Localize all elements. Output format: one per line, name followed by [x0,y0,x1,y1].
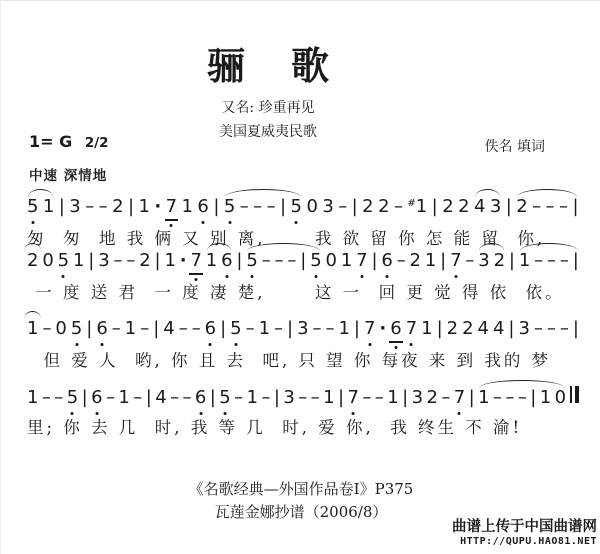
note-digit: 1 [27,319,38,340]
barline: | [432,197,438,218]
barline: | [274,388,280,409]
note-digit: 7 [450,251,461,272]
barline: | [146,388,152,409]
note-digit: 3 [478,251,489,272]
lyrics-row-2: 一 度 送 君 一 度 凄 楚, 这 一 回 更 觉 得 依 依。 [27,279,579,303]
rest-note: 0 [55,319,66,340]
note-digit: 6 [381,251,392,272]
note-digit: 1 [73,251,84,272]
duration-dash: – [547,319,556,340]
duration-dash: – [532,197,541,218]
note-digit: 5 [67,388,78,409]
slur-arc [28,189,53,197]
note-digit: 6 [205,319,216,340]
barline: | [236,251,242,272]
note-digit: 1 [338,319,349,340]
barline: | [287,319,293,340]
duration-dash: – [275,251,284,272]
duration-dash: – [253,197,262,218]
alternate-title: 又名: 珍重再见 [1,97,535,117]
note-digit: 1 [118,388,129,409]
note-digit: 7 [454,388,465,409]
duration-dash: – [106,388,115,409]
note-digit: 3 [412,388,423,409]
duration-dash: – [298,388,307,409]
note-digit: 6 [197,197,208,218]
barline: | [506,197,512,218]
note-digit: 1 [387,388,398,409]
augmentation-dot: · [379,319,386,340]
augmentation-dot: · [180,251,187,272]
note-digit: 1 [164,251,175,272]
note-digit: 7 [356,251,367,272]
lyrics-row-3: 但 爱 人 哟, 你 且 去 吧, 只 望 你 每夜 来 到 我的 梦 [27,347,579,371]
song-title-char-1: 骊 [207,45,245,87]
note-digit: 5 [219,388,230,409]
note-digit: 6 [221,251,232,272]
note-digit: 1 [43,197,54,218]
time-signature: 2/2 [85,135,109,151]
note-digit: 2 [447,319,458,340]
duration-dash: – [170,388,179,409]
score-line-1: 51|3––2|1·716|5–––|503–|22–#1|2243|2–––|… [27,187,579,249]
barline: | [508,319,514,340]
note-digit: 3 [98,251,109,272]
duration-dash: – [560,251,569,272]
rest-note: 0 [42,251,53,272]
note-digit: 7 [364,319,375,340]
tempo-marking: 中速 深情地 [29,164,107,184]
note-digit: 2 [462,319,473,340]
barline: | [572,197,578,218]
duration-dash: – [261,388,270,409]
duration-dash: – [362,388,371,409]
note-digit: 7 [347,388,358,409]
duration-dash: – [397,251,406,272]
note-digit: 1 [341,251,352,272]
note-digit: 5 [27,197,38,218]
duration-dash: – [54,388,63,409]
note-digit: 1 [206,251,217,272]
watermark-site-name: 曲谱上传于中国曲谱网 [452,519,597,536]
note-digit: 7 [406,319,417,340]
barline: | [220,319,226,340]
note-digit: 2 [139,251,150,272]
note-digit: 1 [182,197,193,218]
barline: | [573,319,579,340]
sheet-music-page: 骊 歌 又名: 珍重再见 美国夏威夷民歌 1= G 2/2 佚名 填词 中速 深… [0,0,600,554]
barline: | [280,197,286,218]
duration-dash: – [547,251,556,272]
duration-dash: – [42,388,51,409]
note-digit: 1 [247,388,258,409]
slur-arc [517,189,577,197]
key-time-row: 1= G 2/2 [29,132,109,151]
duration-dash: – [234,388,243,409]
note-digit: 6 [96,319,107,340]
duration-dash: – [375,388,384,409]
barline: | [128,197,134,218]
duration-dash: – [240,197,249,218]
note-digit: 3 [518,319,529,340]
note-digit: 1 [27,388,38,409]
duration-dash: – [326,319,335,340]
slur-arc [24,311,41,319]
key-signature: 1= G [29,132,72,151]
duration-dash: – [85,197,94,218]
song-title-char-2: 歌 [291,45,329,87]
notes-row-2: 2051|3––2|1·716|5–––|5017|6–21|7–32|1–––… [27,241,579,275]
slur-arc [479,380,565,388]
rest-note: 0 [555,388,566,409]
rest-note: 0 [306,197,317,218]
duration-dash: – [394,197,403,218]
barline: | [59,197,65,218]
note-digit: 1 [138,197,149,218]
note-digit: 1 [125,319,136,340]
slur-arc [475,189,500,197]
note-digit: 2 [410,251,421,272]
note-digit: 4 [155,388,166,409]
note-digit: 2 [112,197,123,218]
barline: | [440,251,446,272]
note-digit: 3 [322,197,333,218]
note-digit: 7 [190,251,201,272]
note-digit: 4 [163,319,174,340]
source-reference: 《名歌经典—外国作品卷Ⅰ》P375 [1,478,600,499]
barline: | [338,388,344,409]
notes-row-3: 1–05|6–1–|4––6|5–1–|3––1|7·671|2244|3–––… [27,309,579,343]
barline: | [469,388,475,409]
barline: | [213,197,219,218]
duration-dash: – [534,251,543,272]
note-digit: 2 [494,251,505,272]
slur-arc [479,243,504,251]
note-digit: 5 [58,251,69,272]
note-digit: 4 [474,197,485,218]
barline: | [354,319,360,340]
song-title: 骊 歌 [1,45,535,87]
duration-dash: – [246,319,255,340]
note-digit: 1 [478,388,489,409]
slur-arc [24,243,41,251]
duration-dash: – [287,251,296,272]
duration-dash: – [133,388,142,409]
duration-dash: – [559,197,568,218]
note-digit: 6 [390,319,401,340]
note-digit: 7 [166,197,177,218]
note-digit: 2 [458,197,469,218]
note-digit: 6 [195,388,206,409]
notes-row-4: 1––5|6–1–|4––6|5–1–|3––1|7––1|32–7|1–––|… [27,376,579,410]
score-line-2: 2051|3––2|1·716|5–––|5017|6–21|7–32|1–––… [27,241,579,303]
note-digit: 2 [426,388,437,409]
duration-dash: – [560,319,569,340]
barline: | [153,319,159,340]
slur-arc [247,243,320,251]
score-line-3: 1–05|6–1–|4––6|5–1–|3––1|7·671|2244|3–––… [27,309,579,371]
slur-arc [225,189,301,197]
barline: | [352,197,358,218]
duration-dash: – [126,251,135,272]
note-digit: 2 [378,197,389,218]
duration-dash: – [274,319,283,340]
duration-dash: – [546,197,555,218]
note-digit: 3 [297,319,308,340]
duration-dash: – [338,197,347,218]
slur-arc [207,243,231,251]
barline: | [300,251,306,272]
note-digit: 2 [442,197,453,218]
duration-dash: – [441,388,450,409]
note-digit: 1 [425,251,436,272]
duration-dash: – [505,388,514,409]
watermark: 曲谱上传于中国曲谱网 HTTP://QUPU.HAO81.NET [452,519,597,548]
note-digit: 5 [71,319,82,340]
final-barline [570,386,579,403]
duration-dash: – [192,319,201,340]
lyrics-row-4: 里; 你 去 几 时, 我 等 几 时, 爱 你, 我 终生 不 渝! [27,414,579,438]
watermark-site-url: HTTP://QUPU.HAO81.NET [452,536,597,548]
barline: | [88,251,94,272]
duration-dash: – [534,319,543,340]
note-digit: 5 [291,197,302,218]
duration-dash: – [465,251,474,272]
barline: | [509,251,515,272]
duration-dash: – [114,251,123,272]
barline: | [437,319,443,340]
duration-dash: – [140,319,149,340]
note-digit: 1 [421,319,432,340]
barline: | [210,388,216,409]
note-digit: 1 [540,388,551,409]
lyricist-credit: 佚名 填词 [485,136,545,156]
note-digit: 6 [91,388,102,409]
note-digit: 1 [323,388,334,409]
slur-arc [520,243,578,251]
duration-dash: – [262,251,271,272]
note-digit: 3 [283,388,294,409]
note-digit: 1 [519,251,530,272]
duration-dash: – [518,388,527,409]
rest-note: 0 [326,251,337,272]
barline: | [530,388,536,409]
note-digit: 3 [490,197,501,218]
duration-dash: – [311,388,320,409]
barline: | [155,251,161,272]
barline: | [573,251,579,272]
duration-dash: – [313,319,322,340]
note-digit: 5 [230,319,241,340]
duration-dash: – [99,197,108,218]
augmentation-dot: · [154,197,161,218]
duration-dash: – [493,388,502,409]
duration-dash: – [179,319,188,340]
note-digit: 1 [259,319,270,340]
note-digit: 2 [27,251,38,272]
barline: | [371,251,377,272]
note-digit: 2 [362,197,373,218]
barline: | [86,319,92,340]
duration-dash: – [182,388,191,409]
notes-row-1: 51|3––2|1·716|5–––|503–|22–#1|2243|2–––| [27,187,579,221]
score-line-4: 1––5|6–1–|4––6|5–1–|3––1|7––1|32–7|1–––|… [27,376,579,438]
header-block: 骊 歌 又名: 珍重再见 美国夏威夷民歌 [1,45,535,141]
duration-dash: – [267,197,276,218]
note-digit: 5 [246,251,257,272]
barline: | [82,388,88,409]
note-digit: 4 [493,319,504,340]
duration-dash: – [112,319,121,340]
barline: | [402,388,408,409]
duration-dash: – [42,319,51,340]
note-digit: 5 [224,197,235,218]
note-digit: 3 [69,197,80,218]
note-digit: #1 [407,197,427,218]
note-digit: 2 [516,197,527,218]
note-digit: 5 [310,251,321,272]
note-digit: 4 [478,319,489,340]
